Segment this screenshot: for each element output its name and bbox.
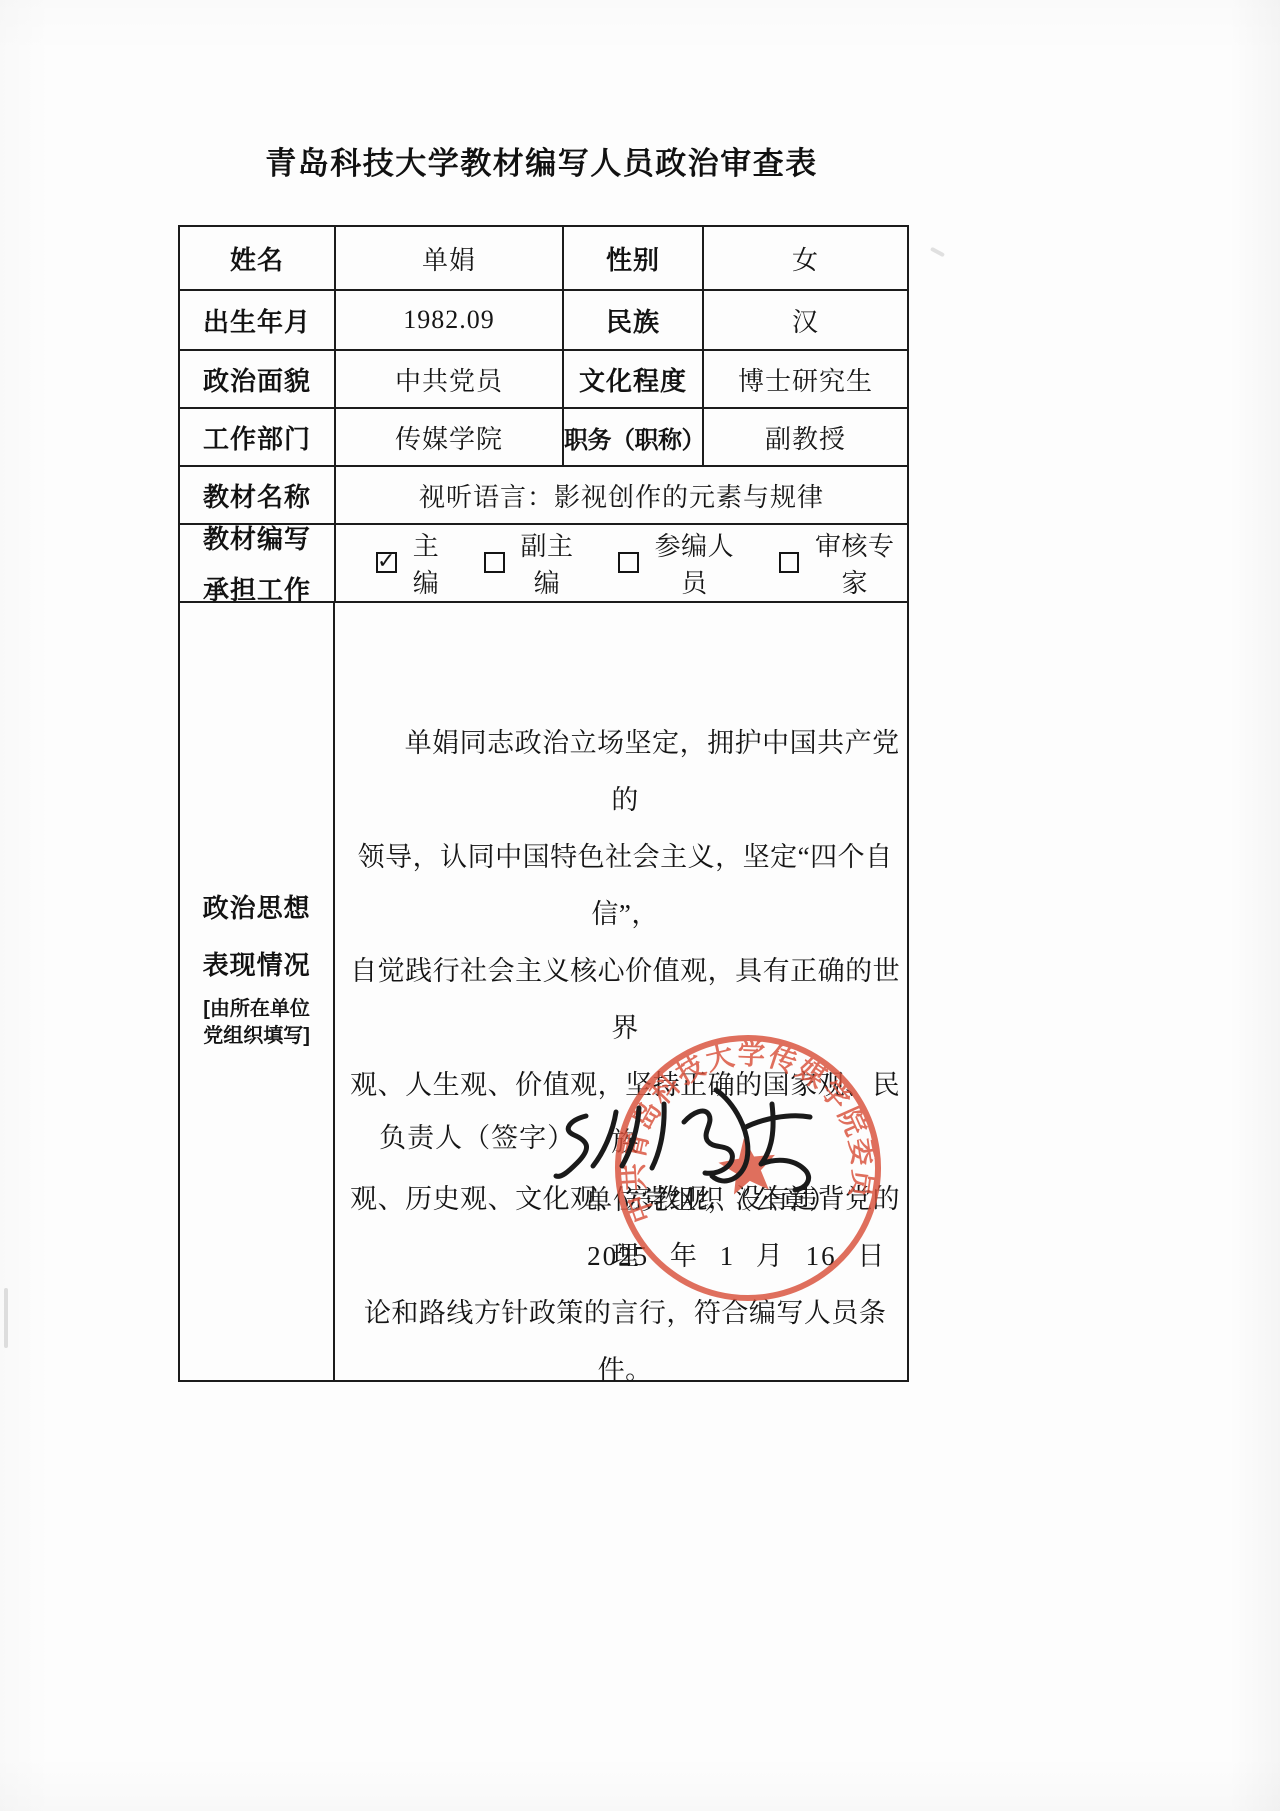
role-option-chief-editor: ✓ 主编 xyxy=(376,526,452,600)
checkbox-empty-icon xyxy=(779,552,800,573)
role-label-line2: 承担工作 xyxy=(203,570,311,607)
table-row: 政治思想 表现情况 [由所在单位 党组织填写] 单娟同志政治立场坚定，拥护中国共… xyxy=(180,601,907,1380)
political-assessment-content: 单娟同志政治立场坚定，拥护中国共产党的 领导，认同中国特色社会主义，坚定“四个自… xyxy=(333,603,907,1380)
role-option-label: 副主编 xyxy=(508,526,586,600)
table-row: 工作部门 传媒学院 职务（职称） 副教授 xyxy=(180,407,907,465)
checkbox-empty-icon xyxy=(484,552,505,573)
education-value: 博士研究生 xyxy=(702,351,907,407)
political-status-value: 中共党员 xyxy=(334,351,562,407)
department-value: 传媒学院 xyxy=(334,409,562,465)
table-row: 教材名称 视听语言：影视创作的元素与规律 xyxy=(180,465,907,523)
page-title: 青岛科技大学教材编写人员政治审查表 xyxy=(178,138,905,183)
position-value: 副教授 xyxy=(702,409,907,465)
signer-label: 负责人（签字） xyxy=(379,1116,575,1155)
political-label-line1: 政治思想 xyxy=(203,894,311,923)
checkbox-checked-icon: ✓ xyxy=(376,552,397,573)
fill-by-note-line1: [由所在单位 xyxy=(203,996,310,1023)
role-option-review-expert: 审核专家 xyxy=(779,526,907,600)
political-label-line2: 表现情况 xyxy=(203,951,311,980)
table-row: 政治面貌 中共党员 文化程度 博士研究生 xyxy=(180,349,907,407)
department-label: 工作部门 xyxy=(180,409,334,465)
textbook-name-label: 教材名称 xyxy=(180,467,334,523)
birthdate-label: 出生年月 xyxy=(180,291,334,349)
review-form-table: 姓名 单娟 性别 女 出生年月 1982.09 民族 汉 政治面貌 中共党员 文… xyxy=(178,225,909,1382)
role-option-label: 审核专家 xyxy=(802,526,907,600)
name-value: 单娟 xyxy=(334,227,562,289)
scan-artifact xyxy=(930,247,945,258)
name-label: 姓名 xyxy=(180,227,334,289)
ethnicity-label: 民族 xyxy=(562,291,702,349)
political-statement: 单娟同志政治立场坚定，拥护中国共产党的 领导，认同中国特色社会主义，坚定“四个自… xyxy=(347,715,903,1399)
table-row: 教材编写 承担工作 ✓ 主编 副主编 参编人员 审核专家 xyxy=(180,523,907,601)
political-statement-line: 论和路线方针政策的言行，符合编写人员条件。 xyxy=(347,1285,903,1399)
table-row: 姓名 单娟 性别 女 xyxy=(180,227,907,289)
role-option-contributor: 参编人员 xyxy=(618,526,746,600)
role-options: ✓ 主编 副主编 参编人员 审核专家 xyxy=(334,525,907,601)
fill-by-note-line2: 党组织填写] xyxy=(203,1023,310,1050)
political-statement-line: 自觉践行社会主义核心价值观，具有正确的世界 xyxy=(347,943,903,1057)
political-statement-line: 单娟同志政治立场坚定，拥护中国共产党的 xyxy=(347,715,903,829)
role-label-line1: 教材编写 xyxy=(203,519,311,556)
role-label: 教材编写 承担工作 xyxy=(180,525,334,601)
role-option-label: 参编人员 xyxy=(642,526,747,600)
scanned-form-page: 青岛科技大学教材编写人员政治审查表 姓名 单娟 性别 女 出生年月 1982.0… xyxy=(0,0,1280,1811)
position-label: 职务（职称） xyxy=(562,409,702,465)
birthdate-value: 1982.09 xyxy=(334,291,562,349)
checkbox-empty-icon xyxy=(618,552,639,573)
gender-value: 女 xyxy=(702,227,907,289)
political-status-label: 政治面貌 xyxy=(180,351,334,407)
education-label: 文化程度 xyxy=(562,351,702,407)
political-assessment-label: 政治思想 表现情况 [由所在单位 党组织填写] xyxy=(180,603,333,1380)
role-option-deputy-editor: 副主编 xyxy=(484,526,586,600)
table-row: 出生年月 1982.09 民族 汉 xyxy=(180,289,907,349)
gender-label: 性别 xyxy=(562,227,702,289)
ethnicity-value: 汉 xyxy=(702,291,907,349)
seal-label: 单位党组织（公章） xyxy=(585,1178,837,1217)
textbook-name-value: 视听语言：影视创作的元素与规律 xyxy=(334,467,907,523)
scan-artifact xyxy=(4,1288,8,1348)
date-value: 2025 年 1 月 16 日 xyxy=(587,1234,886,1273)
political-statement-line: 领导，认同中国特色社会主义，坚定“四个自信”， xyxy=(347,829,903,943)
role-option-label: 主编 xyxy=(400,526,452,600)
